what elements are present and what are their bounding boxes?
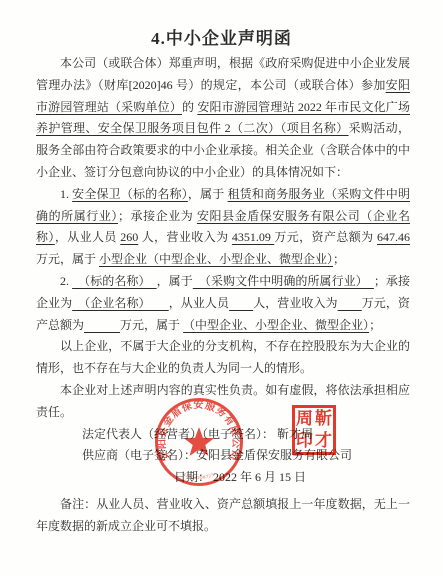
no-large-enterprise-clause: 以上企业，不属于大企业的分支机构，不存在控股股东为大企业的情形，也不存在与大企业… (36, 336, 410, 380)
filled-blank (84, 318, 120, 332)
text-run: 人，营业收入为 (138, 230, 232, 244)
declaration-intro: 本公司（或联合体）郑重声明，根据《政府采购促进中小企业发展管理办法》（财库[20… (36, 53, 410, 184)
text-run: 本企业对上述声明内容的真实性负责。如有虚假，将依法承担相应责任。 (36, 383, 410, 419)
filled-blank: 4351.09 (232, 230, 274, 244)
filled-blank (229, 296, 253, 310)
filled-blank: 安全保卫（标的名称） (72, 187, 188, 201)
filled-blank: 小型企业（中型企业、小型企业、微型企业） (99, 252, 333, 266)
text-run: ，从业人员 (169, 296, 229, 310)
text-run: ，属于 (157, 274, 193, 288)
document-body: 本公司（或联合体）郑重声明，根据《政府采购促进中小企业发展管理办法》（财库[20… (36, 53, 410, 538)
date-line: 日期： 2022 年 6 月 15 日 (174, 467, 410, 489)
text-run: 万元，属于 (120, 318, 183, 332)
item-1-subject: 1. 安全保卫（标的名称），属于 租赁和商务服务业（采购文件中明确的所属行业）；… (36, 184, 410, 271)
text-run: 以上企业，不属于大企业的分支机构，不存在控股股东为大企业的情形，也不存在与大企业… (36, 339, 410, 375)
text-run: ； (369, 318, 381, 332)
paragraph-list: 本公司（或联合体）郑重声明，根据《政府采购促进中小企业发展管理办法》（财库[20… (36, 53, 410, 424)
text-run: ，从业人员 (55, 230, 120, 244)
text-run: ；承接企业为 (118, 209, 197, 223)
text-run: ，属于 (188, 187, 228, 201)
filled-blank: （标的名称） (72, 274, 157, 288)
filled-blank: （采购文件中明确的所属行业） (193, 274, 374, 288)
remark-paragraph: 备注：从业人员、营业收入、资产总额填报上一年度数据，无上一年度数据的新成立企业可… (36, 494, 410, 538)
document-title: 4.中小企业声明函 (0, 24, 443, 49)
text-run: 2. (60, 274, 72, 288)
filled-blank: （企业名称） (72, 296, 169, 310)
text-run: ； (333, 252, 345, 266)
text-run: 万元，属于 (36, 252, 99, 266)
text-run: 的 (182, 100, 197, 114)
filled-blank (338, 296, 362, 310)
text-run: 人，营业收入为 (253, 296, 337, 310)
text-run: 本公司（或联合体）郑重声明，根据《政府采购促进中小企业发展管理办法》（财库[20… (36, 56, 410, 92)
filled-blank: 647.46 (377, 230, 410, 244)
text-run: 1. (60, 187, 72, 201)
legal-representative-signature-line: 法定代表人（经营者）（电子签名）： 靳才周 (82, 424, 410, 446)
filled-blank: （中型企业、小型企业、微型企业） (183, 318, 369, 332)
declaration-document-page: 4.中小企业声明函 本公司（或联合体）郑重声明，根据《政府采购促进中小企业发展管… (0, 0, 443, 576)
filled-blank: 260 (120, 230, 138, 244)
supplier-signature-line: 供应商（电子签名）：安阳县金盾保安服务有限公司 (82, 445, 410, 467)
authenticity-clause: 本企业对上述声明内容的真实性负责。如有虚假，将依法承担相应责任。 (36, 380, 410, 424)
item-2-subject-blank: 2. （标的名称） ，属于 （采购文件中明确的所属行业） ；承接企业为 （企业名… (36, 271, 410, 336)
text-run: 万元，资产总额为 (274, 230, 377, 244)
